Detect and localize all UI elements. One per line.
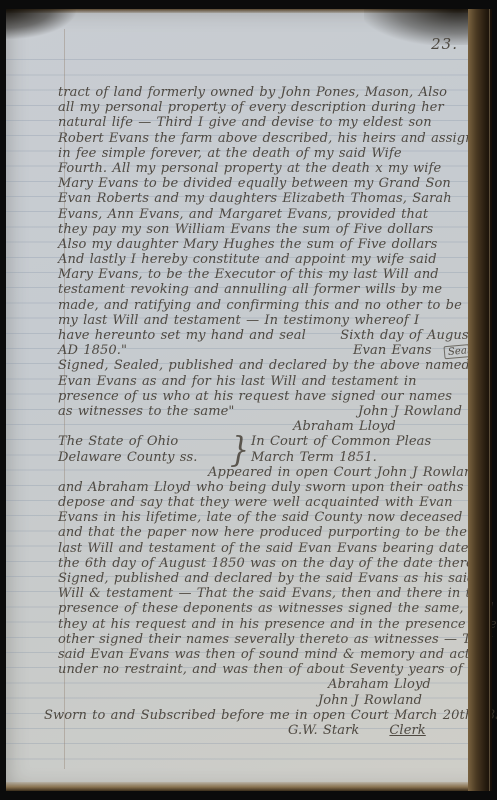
book-page-edges [468,9,492,791]
torn-corner-top-left [6,9,76,39]
manuscript-line: Also my daughter Mary Hughes the sum of … [58,237,474,252]
manuscript-line: Evan Roberts and my daughters Elizabeth … [58,191,474,206]
manuscript-line: The State of OhioIn Court of Common Plea… [58,434,474,449]
manuscript-segment: March Term 1851. [251,450,377,465]
page-edge-highlight [489,9,490,791]
manuscript-line: And lastly I hereby constitute and appoi… [58,252,474,267]
manuscript-line: tract of land formerly owned by John Pon… [58,85,474,100]
manuscript-line: Sworn to and Subscribed before me in ope… [44,708,474,723]
manuscript-segment: In Court of Common Pleas [251,434,431,449]
manuscript-line: Evans, Ann Evans, and Margaret Evans, pr… [58,207,474,222]
manuscript-line: testament revoking and annulling all for… [58,282,474,297]
manuscript-line: Evan Evans as and for his last Will and … [58,374,474,389]
manuscript-line: other signed their names severally there… [58,632,474,647]
manuscript-line: and Abraham Lloyd who being duly sworn u… [58,480,474,495]
manuscript-line: under no restraint, and was then of abou… [58,662,474,677]
manuscript-line: last Will and testament of the said Evan… [58,541,474,556]
manuscript-line: Evans in his lifetime, late of the said … [58,510,474,525]
manuscript-segment: Clerk [389,723,425,738]
manuscript-line: as witnesses to the same"John J Rowland [58,404,474,419]
manuscript-line: Fourth. All my personal property at the … [58,161,474,176]
manuscript-line: and that the paper now here produced pur… [58,525,474,540]
document-page: 23. tract of land formerly owned by John… [6,9,492,791]
manuscript-line: Signed, Sealed, published and declared b… [58,358,474,373]
manuscript-segment: Delaware County ss. [58,450,243,465]
manuscript-segment: have hereunto set my hand and seal [58,328,306,343]
page-bottom-edge [6,782,468,791]
manuscript-line: all my personal property of every descri… [58,100,474,115]
manuscript-line: Abraham Lloyd [58,677,474,692]
text-block: tract of land formerly owned by John Pon… [58,85,474,738]
manuscript-line: made, and ratifying and confirming this … [58,298,474,313]
manuscript-line: Abraham Lloyd [58,419,474,434]
manuscript-line: Mary Evans, to be the Executor of this m… [58,267,474,282]
manuscript-line: natural life — Third I give and devise t… [58,115,474,130]
manuscript-line: Delaware County ss.March Term 1851. [58,450,474,465]
manuscript-line: said Evan Evans was then of sound mind &… [58,647,474,662]
manuscript-line: they at his request and in his presence … [58,617,474,632]
manuscript-segment: as witnesses to the same" [58,404,235,419]
manuscript-line: depose and say that they were well acqua… [58,495,474,510]
manuscript-line: Robert Evans the farm above described, h… [58,131,474,146]
manuscript-segment: Evan Evans [353,343,432,358]
manuscript-segment: The State of Ohio [58,434,243,449]
manuscript-line: the 6th day of August 1850 was on the da… [58,556,474,571]
manuscript-line: presence of these deponents as witnesses… [58,601,474,616]
witness-signature: John J Rowland [358,404,462,419]
photographed-record-book: 23. tract of land formerly owned by John… [0,0,497,800]
manuscript-line: Mary Evans to be divided equally between… [58,176,474,191]
court-caption-brace: } [230,430,249,470]
manuscript-line: Signed, published and declared by the sa… [58,571,474,586]
manuscript-segment: AD 1850." [58,343,127,358]
manuscript-line: AD 1850."Evan EvansSeal [58,343,474,358]
manuscript-line: G.W. StarkClerk [58,723,474,738]
manuscript-segment: Sixth day of August [340,328,474,343]
manuscript-line: they pay my son William Evans the sum of… [58,222,474,237]
clerk-signature: G.W. Stark [288,723,359,738]
manuscript-line: my last Will and testament — In testimon… [58,313,474,328]
manuscript-line: John J Rowland [58,693,474,708]
manuscript-line: Will & testament — That the said Evans, … [58,586,474,601]
manuscript-line: have hereunto set my hand and sealSixth … [58,328,474,343]
page-number: 23. [431,35,458,53]
manuscript-line: in fee simple forever, at the death of m… [58,146,474,161]
manuscript-line: presence of us who at his request have s… [58,389,474,404]
manuscript-line: Appeared in open Court John J Rowland [58,465,474,480]
